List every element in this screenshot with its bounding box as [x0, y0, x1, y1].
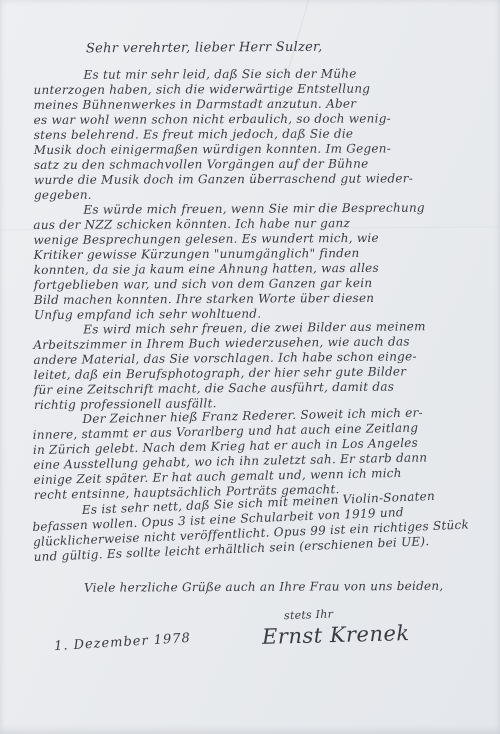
- paragraph: Viele herzliche Grüße auch an Ihre Frau …: [34, 579, 472, 596]
- closing-valediction: stets Ihr: [284, 603, 472, 623]
- signature: Ernst Krenek: [262, 621, 410, 649]
- paragraph: Es wird mich sehr freuen, die zwei Bilde…: [33, 319, 472, 413]
- paragraph: Der Zeichner hieß Franz Rederer. Soweit …: [32, 405, 472, 503]
- letter-page: Sehr verehrter, lieber Herr Sulzer, Es t…: [0, 0, 500, 734]
- salutation: Sehr verehrter, lieber Herr Sulzer,: [86, 39, 472, 57]
- paragraph: Es würde mich freuen, wenn Sie mir die B…: [33, 200, 472, 323]
- paragraph: Es tut mir sehr leid, daß Sie sich der M…: [33, 66, 472, 203]
- handwritten-line: wurde die Musik doch im Ganzen überrasch…: [34, 171, 472, 188]
- letter-date: 1. Dezember 1978: [54, 631, 192, 654]
- handwritten-line: Es würde mich freuen, wenn Sie mir die B…: [33, 200, 471, 218]
- handwritten-line: Viele herzliche Grüße auch an Ihre Frau …: [34, 579, 472, 596]
- signature-row: 1. Dezember 1978 Ernst Krenek: [34, 623, 472, 650]
- letter-body: Es tut mir sehr leid, daß Sie sich der M…: [34, 68, 472, 596]
